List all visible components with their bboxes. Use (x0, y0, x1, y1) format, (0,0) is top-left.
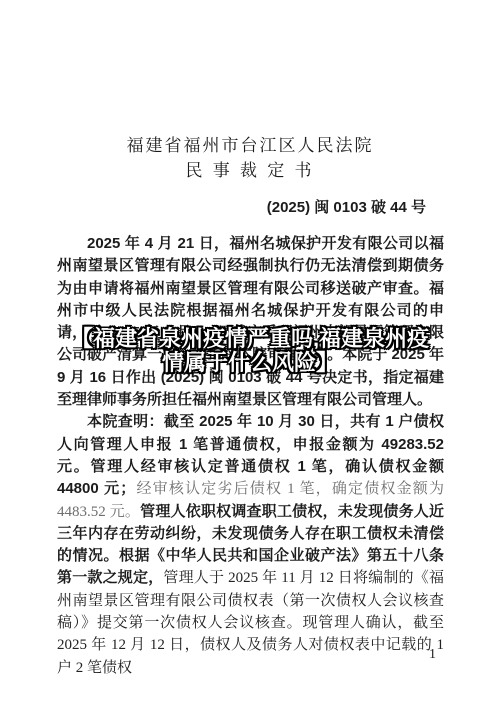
text-run: 提交第一次债权人会议核查。现管理人确认，截至 2025 年 12 月 12 日，… (57, 615, 444, 676)
text-run: 管理人于 2025 年 11 月 12 日将编制的 (163, 570, 413, 586)
court-ruling-page: 福建省福州市台江区人民法院 民 事 裁 定 书 (2025) 闽 0103 破 … (0, 0, 500, 706)
case-number: (2025) 闽 0103 破 44 号 (267, 196, 426, 217)
court-name: 福建省福州市台江区人民法院 (0, 134, 500, 158)
page-number: 1 (429, 647, 436, 663)
document-type-title: 民 事 裁 定 书 (0, 158, 500, 183)
document-body: 2025 年 4 月 21 日，福州名城保护开发有限公司以福州南望景区管理有限公… (57, 233, 444, 679)
paragraph-court-findings: 本院查明：截至 2025 年 10 月 30 日，共有 1 户债权人向管理人申报… (57, 411, 444, 679)
document-header: 福建省福州市台江区人民法院 民 事 裁 定 书 (0, 134, 500, 183)
paragraph-filing-history: 2025 年 4 月 21 日，福州名城保护开发有限公司以福州南望景区管理有限公… (57, 233, 444, 411)
case-number-row: (2025) 闽 0103 破 44 号 (57, 196, 444, 217)
